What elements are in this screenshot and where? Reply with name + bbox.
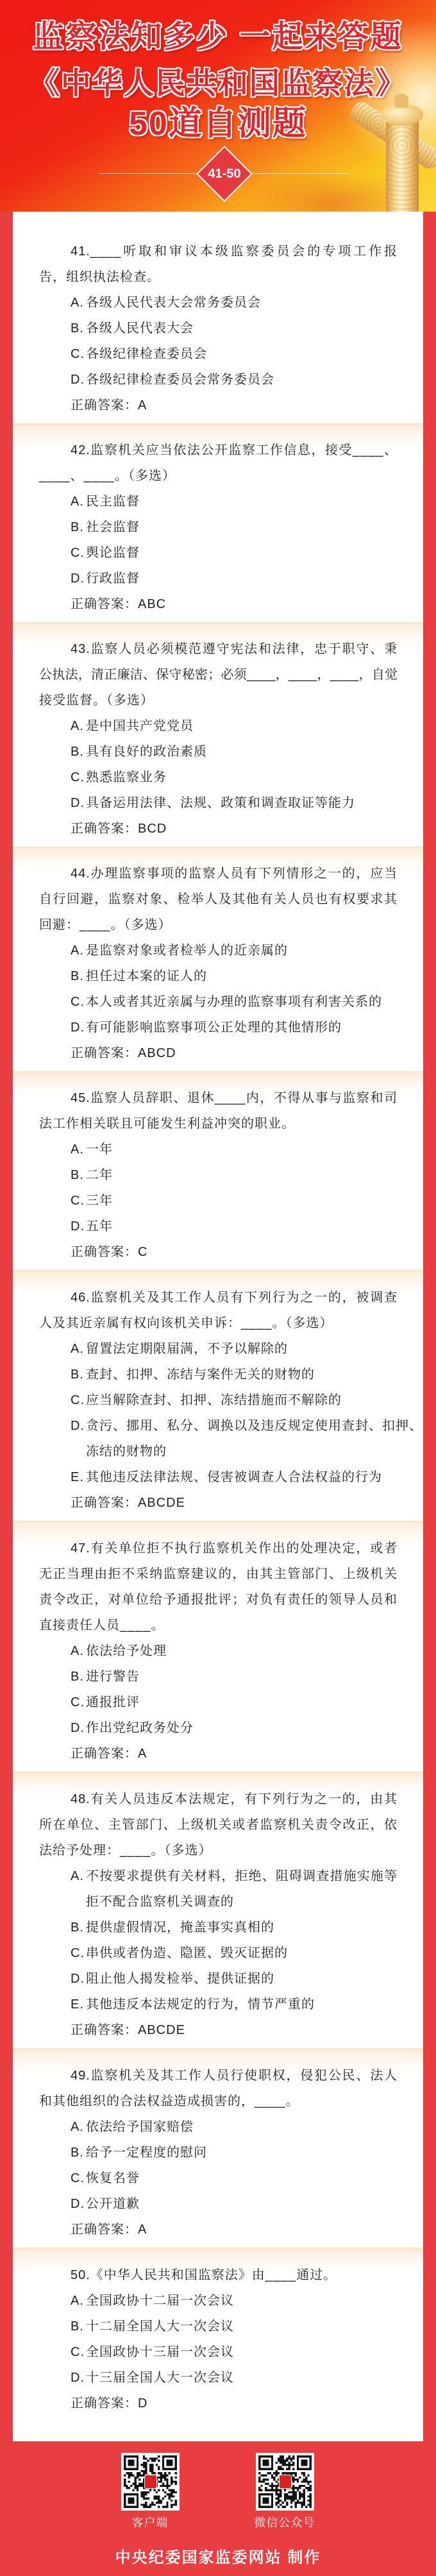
option-b: B.查封、扣押、冻结与案件无关的财物的 (71, 1362, 398, 1387)
option-e: E.其他违反本法规定的行为，情节严重的 (71, 1992, 398, 2017)
option-label: E. (71, 1464, 86, 1490)
option-text-line: 通报批评 (86, 1690, 398, 1715)
option-c: C.本人或者其近亲属与办理的监察事项有利害关系的 (71, 989, 398, 1015)
question-stem-line: 43.监察人员必须模范遵守宪法和法律，忠于职守、秉 (39, 636, 398, 662)
question-stem-line: 49.监察机关及其工作人员行使职权，侵犯公民、法人 (39, 2063, 398, 2089)
option-text: 十二届全国人大一次会议 (86, 2314, 398, 2339)
option-text-line: 作出党纪政务处分 (86, 1715, 398, 1741)
answer-value: D (138, 2396, 147, 2411)
option-text: 行政监督 (86, 566, 398, 591)
question-block-42: 42.监察机关应当依法公开监察工作信息，接受____、 ____、____。（多… (13, 423, 423, 622)
answer-value: ABCD (138, 1046, 176, 1060)
option-c: C.恢复名誉 (71, 2165, 398, 2191)
option-c: C.舆论监督 (71, 540, 398, 566)
option-text: 民主监督 (86, 489, 398, 514)
option-label: A. (71, 290, 86, 316)
option-text: 社会监督 (86, 514, 398, 540)
option-text-line: 贪污、挪用、私分、调换以及违反规定使用查封、扣押、 (86, 1413, 423, 1439)
qr-label-client: 客户端 (112, 2514, 189, 2531)
question-stem-line: 和其他组织的合法权益造成损害的，____。 (39, 2089, 398, 2114)
option-c: C.全国政协十三届一次会议 (71, 2339, 398, 2365)
option-text-line: 其他违反法律法规、侵害被调查人合法权益的行为 (86, 1464, 398, 1490)
answer-value: A (138, 1747, 147, 1761)
question-stem-line: 公执法，清正廉洁、保守秘密；必须____，____，____，自觉 (39, 662, 398, 688)
option-a: A.民主监督 (71, 489, 398, 514)
option-label: C. (71, 1940, 86, 1966)
option-label: C. (71, 1188, 86, 1214)
question-stem-line: 接受监督。（多选） (39, 688, 398, 713)
option-label: B. (71, 1915, 86, 1940)
answer-prefix: 正确答案： (71, 1046, 138, 1060)
option-text-line: 行政监督 (86, 566, 398, 591)
question-stem-line: 41.____听取和审议本级监察委员会的专项工作报 (39, 239, 398, 264)
option-e: E.其他违反法律法规、侵害被调查人合法权益的行为 (71, 1464, 398, 1490)
option-c: C.通报批评 (71, 1690, 398, 1715)
question-card: 41.____听取和审议本级监察委员会的专项工作报 告，组织执法检查。 A.各级… (13, 212, 423, 2441)
option-text: 各级纪律检查委员会常务委员会 (86, 367, 398, 393)
correct-answer: 正确答案：A (71, 1741, 398, 1767)
option-text-line: 社会监督 (86, 514, 398, 540)
correct-answer: 正确答案：A (71, 2217, 398, 2242)
option-label: B. (71, 2314, 86, 2339)
option-text: 贪污、挪用、私分、调换以及违反规定使用查封、扣押、冻结的财物的 (86, 1413, 423, 1464)
correct-answer: 正确答案：A (71, 393, 398, 418)
option-text-line: 具备运用法律、法规、政策和调查取证等能力 (86, 790, 398, 816)
option-text-line: 留置法定期限届满，不予以解除的 (86, 1336, 398, 1362)
answer-prefix: 正确答案： (71, 2223, 138, 2237)
option-text-line: 不按要求提供有关材料，拒绝、阻碍调查措施实施等 (86, 1863, 398, 1889)
option-text-line: 熟悉监察业务 (86, 765, 398, 790)
option-a: A.留置法定期限届满，不予以解除的 (71, 1336, 398, 1362)
option-a: A.全国政协十二届一次会议 (71, 2288, 398, 2314)
option-text: 十三届全国人大一次会议 (86, 2365, 398, 2391)
option-c: C.各级纪律检查委员会 (71, 341, 398, 367)
option-text: 进行警告 (86, 1664, 398, 1690)
option-text-line: 五年 (86, 1214, 398, 1239)
correct-answer: 正确答案：D (71, 2391, 398, 2416)
question-stem-line: 47.有关单位拒不执行监察机关作出的处理决定，或者 (39, 1536, 398, 1561)
option-label: D. (71, 1715, 86, 1741)
option-text: 各级人民代表大会常务委员会 (86, 290, 398, 316)
question-block-48: 48.有关人员违反本法规定，有下列行为之一的，由其 所在单位、主管部门、上级机关… (13, 1772, 423, 2048)
option-label: C. (71, 1690, 86, 1715)
answer-prefix: 正确答案： (71, 398, 138, 412)
question-stem-line: 法工作相关联且可能发生利益冲突的职业。 (39, 1111, 398, 1137)
option-text-line: 进行警告 (86, 1664, 398, 1690)
answer-value: A (138, 398, 147, 412)
question-block-50: 50.《中华人民共和国监察法》由____通过。 A.全国政协十二届一次会议 B.… (13, 2248, 423, 2441)
option-text: 具有良好的政治素质 (86, 739, 398, 765)
option-text-line: 冻结的财物的 (86, 1439, 423, 1464)
correct-answer: 正确答案：ABCDE (71, 2017, 398, 2043)
option-text-line: 拒不配合监察机关调查的 (86, 1889, 398, 1915)
option-label: D. (71, 1413, 86, 1439)
question-stem-line: 45.监察人员辞职、退休____内，不得从事与监察和司 (39, 1085, 398, 1111)
option-label: B. (71, 2140, 86, 2165)
option-d: D.具备运用法律、法规、政策和调查取证等能力 (71, 790, 398, 816)
option-label: E. (71, 1992, 86, 2017)
option-label: C. (71, 540, 86, 566)
option-b: B.二年 (71, 1162, 398, 1188)
option-text: 给予一定程度的慰问 (86, 2140, 398, 2165)
option-text: 作出党纪政务处分 (86, 1715, 398, 1741)
option-text-line: 应当解除查封、扣押、冻结措施而不解除的 (86, 1387, 398, 1413)
option-text-line: 具有良好的政治素质 (86, 739, 398, 765)
answer-prefix: 正确答案： (71, 1496, 138, 1510)
option-text: 其他违反法律法规、侵害被调查人合法权益的行为 (86, 1464, 398, 1490)
option-label: C. (71, 1387, 86, 1413)
qr-code-app-client (121, 2453, 180, 2511)
option-label: A. (71, 938, 86, 963)
correct-answer: 正确答案：ABCDE (71, 1490, 398, 1516)
option-b: B.各级人民代表大会 (71, 316, 398, 341)
option-d: D.五年 (71, 1214, 398, 1239)
question-stem-line: 人及其近亲属有权向该机关申诉：____。（多选） (39, 1310, 398, 1336)
option-text: 不按要求提供有关材料，拒绝、阻碍调查措施实施等拒不配合监察机关调查的 (86, 1863, 398, 1915)
option-text: 查封、扣押、冻结与案件无关的财物的 (86, 1362, 398, 1387)
option-a: A.是监察对象或者检举人的近亲属的 (71, 938, 398, 963)
option-text-line: 二年 (86, 1162, 398, 1188)
option-b: B.社会监督 (71, 514, 398, 540)
option-label: A. (71, 489, 86, 514)
qr-center-logo-icon (279, 2475, 292, 2489)
option-text: 舆论监督 (86, 540, 398, 566)
option-text-line: 有可能影响监察事项公正处理的其他情形的 (86, 1015, 398, 1040)
option-text: 各级人民代表大会 (86, 316, 398, 341)
option-c: C.应当解除查封、扣押、冻结措施而不解除的 (71, 1387, 398, 1413)
option-text-line: 其他违反本法规定的行为，情节严重的 (86, 1992, 398, 2017)
option-label: A. (71, 2288, 86, 2314)
option-text-line: 恢复名誉 (86, 2165, 398, 2191)
option-text: 其他违反本法规定的行为，情节严重的 (86, 1992, 398, 2017)
option-text-line: 一年 (86, 1137, 398, 1162)
option-a: A.各级人民代表大会常务委员会 (71, 290, 398, 316)
answer-value: ABCDE (138, 1496, 185, 1510)
answer-value: C (138, 1245, 147, 1259)
option-text-line: 依法给予国家赔偿 (86, 2114, 398, 2140)
question-block-43: 43.监察人员必须模范遵守宪法和法律，忠于职守、秉 公执法，清正廉洁、保守秘密；… (13, 622, 423, 847)
option-text: 依法给予处理 (86, 1638, 398, 1664)
option-text: 阻止他人揭发检举、提供证据的 (86, 1966, 398, 1992)
option-text: 二年 (86, 1162, 398, 1188)
option-text-line: 民主监督 (86, 489, 398, 514)
option-label: C. (71, 2339, 86, 2365)
option-label: A. (71, 2114, 86, 2140)
option-label: B. (71, 514, 86, 540)
option-text: 三年 (86, 1188, 398, 1214)
option-text: 是监察对象或者检举人的近亲属的 (86, 938, 398, 963)
divider-line-right (252, 173, 349, 174)
option-a: A.一年 (71, 1137, 398, 1162)
option-text-line: 十三届全国人大一次会议 (86, 2365, 398, 2391)
option-text: 应当解除查封、扣押、冻结措施而不解除的 (86, 1387, 398, 1413)
option-d: D.有可能影响监察事项公正处理的其他情形的 (71, 1015, 398, 1040)
question-block-45: 45.监察人员辞职、退休____内，不得从事与监察和司 法工作相关联且可能发生利… (13, 1071, 423, 1270)
option-d: D.作出党纪政务处分 (71, 1715, 398, 1741)
option-d: D.十三届全国人大一次会议 (71, 2365, 398, 2391)
option-d: D.阻止他人揭发检举、提供证据的 (71, 1966, 398, 1992)
option-label: A. (71, 713, 86, 739)
option-label: A. (71, 1863, 86, 1889)
option-text-line: 十二届全国人大一次会议 (86, 2314, 398, 2339)
option-c: C.熟悉监察业务 (71, 765, 398, 790)
question-stem-line: 自行回避，监察对象、检举人及其他有关人员也有权要求其 (39, 886, 398, 912)
question-block-46: 46.监察机关及其工作人员有下列行为之一的，被调查 人及其近亲属有权向该机关申诉… (13, 1270, 423, 1521)
option-text: 有可能影响监察事项公正处理的其他情形的 (86, 1015, 398, 1040)
answer-prefix: 正确答案： (71, 597, 138, 611)
title-line-1: 监察法知多少 一起来答题 (0, 18, 436, 56)
option-text-line: 阻止他人揭发检举、提供证据的 (86, 1966, 398, 1992)
option-a: A.不按要求提供有关材料，拒绝、阻碍调查措施实施等拒不配合监察机关调查的 (71, 1863, 398, 1915)
option-text: 本人或者其近亲属与办理的监察事项有利害关系的 (86, 989, 398, 1015)
option-text-line: 本人或者其近亲属与办理的监察事项有利害关系的 (86, 989, 398, 1015)
question-stem-line: 回避：____。（多选） (39, 912, 398, 938)
correct-answer: 正确答案：C (71, 1239, 398, 1265)
option-text-line: 公开道歉 (86, 2191, 398, 2217)
option-text-line: 各级人民代表大会 (86, 316, 398, 341)
option-label: D. (71, 1966, 86, 1992)
option-b: B.给予一定程度的慰问 (71, 2140, 398, 2165)
option-text-line: 舆论监督 (86, 540, 398, 566)
answer-prefix: 正确答案： (71, 2023, 138, 2037)
question-stem-line: 直接责任人员____。 (39, 1613, 398, 1638)
option-label: B. (71, 316, 86, 341)
qr-label-wechat: 微信公众号 (246, 2514, 323, 2531)
correct-answer: 正确答案：ABCD (71, 1040, 398, 1066)
option-label: B. (71, 963, 86, 989)
option-text-line: 各级纪律检查委员会常务委员会 (86, 367, 398, 393)
option-text: 一年 (86, 1137, 398, 1162)
option-text: 是中国共产党党员 (86, 713, 398, 739)
option-text-line: 各级人民代表大会常务委员会 (86, 290, 398, 316)
title-line-3: 50道自测题 (0, 105, 436, 143)
answer-prefix: 正确答案： (71, 1747, 138, 1761)
option-label: C. (71, 765, 86, 790)
question-stem-line: 42.监察机关应当依法公开监察工作信息，接受____、 (39, 437, 398, 463)
option-b: B.十二届全国人大一次会议 (71, 2314, 398, 2339)
option-text-line: 各级纪律检查委员会 (86, 341, 398, 367)
option-text-line: 给予一定程度的慰问 (86, 2140, 398, 2165)
option-a: A.依法给予国家赔偿 (71, 2114, 398, 2140)
question-block-41: 41.____听取和审议本级监察委员会的专项工作报 告，组织执法检查。 A.各级… (13, 212, 423, 423)
option-b: B.进行警告 (71, 1664, 398, 1690)
option-label: D. (71, 2365, 86, 2391)
option-label: B. (71, 739, 86, 765)
option-c: C.串供或者伪造、隐匿、毁灭证据的 (71, 1940, 398, 1966)
option-d: D.各级纪律检查委员会常务委员会 (71, 367, 398, 393)
question-stem-line: 法给予处理：____。（多选） (39, 1838, 398, 1863)
option-b: B.具有良好的政治素质 (71, 739, 398, 765)
option-text: 留置法定期限届满，不予以解除的 (86, 1336, 398, 1362)
question-stem-line: 责令改正，对单位给予通报批评；对负有责任的领导人员和 (39, 1587, 398, 1613)
option-text-line: 串供或者伪造、隐匿、毁灭证据的 (86, 1940, 398, 1966)
title-line-2: 《中华人民共和国监察法》 (0, 64, 436, 103)
question-stem-line: 无正当理由拒不采纳监察建议的，由其主管部门、上级机关 (39, 1561, 398, 1587)
option-text: 依法给予国家赔偿 (86, 2114, 398, 2140)
option-text-line: 全国政协十三届一次会议 (86, 2339, 398, 2365)
correct-answer: 正确答案：ABC (71, 591, 398, 617)
option-a: A.依法给予处理 (71, 1638, 398, 1664)
option-a: A.是中国共产党党员 (71, 713, 398, 739)
question-stem-line: 所在单位、主管部门、上级机关或者监察机关责令改正，依 (39, 1812, 398, 1838)
option-text: 具备运用法律、法规、政策和调查取证等能力 (86, 790, 398, 816)
option-b: B.担任过本案的证人的 (71, 963, 398, 989)
option-label: D. (71, 1214, 86, 1239)
option-text: 全国政协十三届一次会议 (86, 2339, 398, 2365)
option-label: C. (71, 341, 86, 367)
answer-value: BCD (138, 822, 167, 836)
option-text: 五年 (86, 1214, 398, 1239)
option-label: B. (71, 1162, 86, 1188)
option-label: A. (71, 1336, 86, 1362)
option-text-line: 三年 (86, 1188, 398, 1214)
option-text: 通报批评 (86, 1690, 398, 1715)
option-text-line: 提供虚假情况，掩盖事实真相的 (86, 1915, 398, 1940)
option-label: B. (71, 1664, 86, 1690)
option-text-line: 全国政协十二届一次会议 (86, 2288, 398, 2314)
option-label: D. (71, 566, 86, 591)
option-text: 公开道歉 (86, 2191, 398, 2217)
question-block-47: 47.有关单位拒不执行监察机关作出的处理决定，或者 无正当理由拒不采纳监察建议的… (13, 1521, 423, 1772)
correct-answer: 正确答案：BCD (71, 816, 398, 842)
answer-value: A (138, 2223, 147, 2237)
option-label: C. (71, 2165, 86, 2191)
option-text: 各级纪律检查委员会 (86, 341, 398, 367)
question-stem-line: 44.办理监察事项的监察人员有下列情形之一的，应当 (39, 861, 398, 886)
answer-prefix: 正确答案： (71, 1245, 138, 1259)
option-text-line: 担任过本案的证人的 (86, 963, 398, 989)
option-label: A. (71, 1638, 86, 1664)
option-b: B.提供虚假情况，掩盖事实真相的 (71, 1915, 398, 1940)
divider-line-left (99, 173, 197, 174)
option-label: B. (71, 1362, 86, 1387)
option-text-line: 查封、扣押、冻结与案件无关的财物的 (86, 1362, 398, 1387)
option-text-line: 是中国共产党党员 (86, 713, 398, 739)
option-d: D.公开道歉 (71, 2191, 398, 2217)
option-label: D. (71, 1015, 86, 1040)
option-label: A. (71, 1137, 86, 1162)
option-text: 提供虚假情况，掩盖事实真相的 (86, 1915, 398, 1940)
qr-center-logo-icon (144, 2475, 157, 2489)
option-text: 担任过本案的证人的 (86, 963, 398, 989)
answer-prefix: 正确答案： (71, 822, 138, 836)
question-stem-line: 50.《中华人民共和国监察法》由____通过。 (39, 2262, 398, 2288)
answer-value: ABCDE (138, 2023, 185, 2037)
question-stem-line: 46.监察机关及其工作人员有下列行为之一的，被调查 (39, 1285, 398, 1310)
answer-value: ABC (138, 597, 166, 611)
option-c: C.三年 (71, 1188, 398, 1214)
option-d: D.行政监督 (71, 566, 398, 591)
question-block-49: 49.监察机关及其工作人员行使职权，侵犯公民、法人 和其他组织的合法权益造成损害… (13, 2048, 423, 2248)
question-stem-line: 48.有关人员违反本法规定，有下列行为之一的，由其 (39, 1786, 398, 1812)
option-text-line: 依法给予处理 (86, 1638, 398, 1664)
option-text: 恢复名誉 (86, 2165, 398, 2191)
option-label: D. (71, 2191, 86, 2217)
option-text: 全国政协十二届一次会议 (86, 2288, 398, 2314)
question-block-44: 44.办理监察事项的监察人员有下列情形之一的，应当 自行回避，监察对象、检举人及… (13, 847, 423, 1071)
answer-prefix: 正确答案： (71, 2396, 138, 2411)
option-label: C. (71, 989, 86, 1015)
option-text: 串供或者伪造、隐匿、毁灭证据的 (86, 1940, 398, 1966)
question-stem-line: ____、____。（多选） (39, 463, 398, 489)
header-banner: 监察法知多少 一起来答题 《中华人民共和国监察法》 50道自测题 41-50 (0, 0, 436, 212)
option-d: D.贪污、挪用、私分、调换以及违反规定使用查封、扣押、冻结的财物的 (71, 1413, 398, 1464)
option-label: D. (71, 790, 86, 816)
range-badge-text: 41-50 (192, 165, 256, 183)
question-stem-line: 告，组织执法检查。 (39, 264, 398, 290)
footer-credit: 中央纪委国家监委网站 制作 (0, 2548, 436, 2568)
option-text-line: 是监察对象或者检举人的近亲属的 (86, 938, 398, 963)
qr-code-wechat (256, 2453, 314, 2511)
option-text: 熟悉监察业务 (86, 765, 398, 790)
option-label: D. (71, 367, 86, 393)
